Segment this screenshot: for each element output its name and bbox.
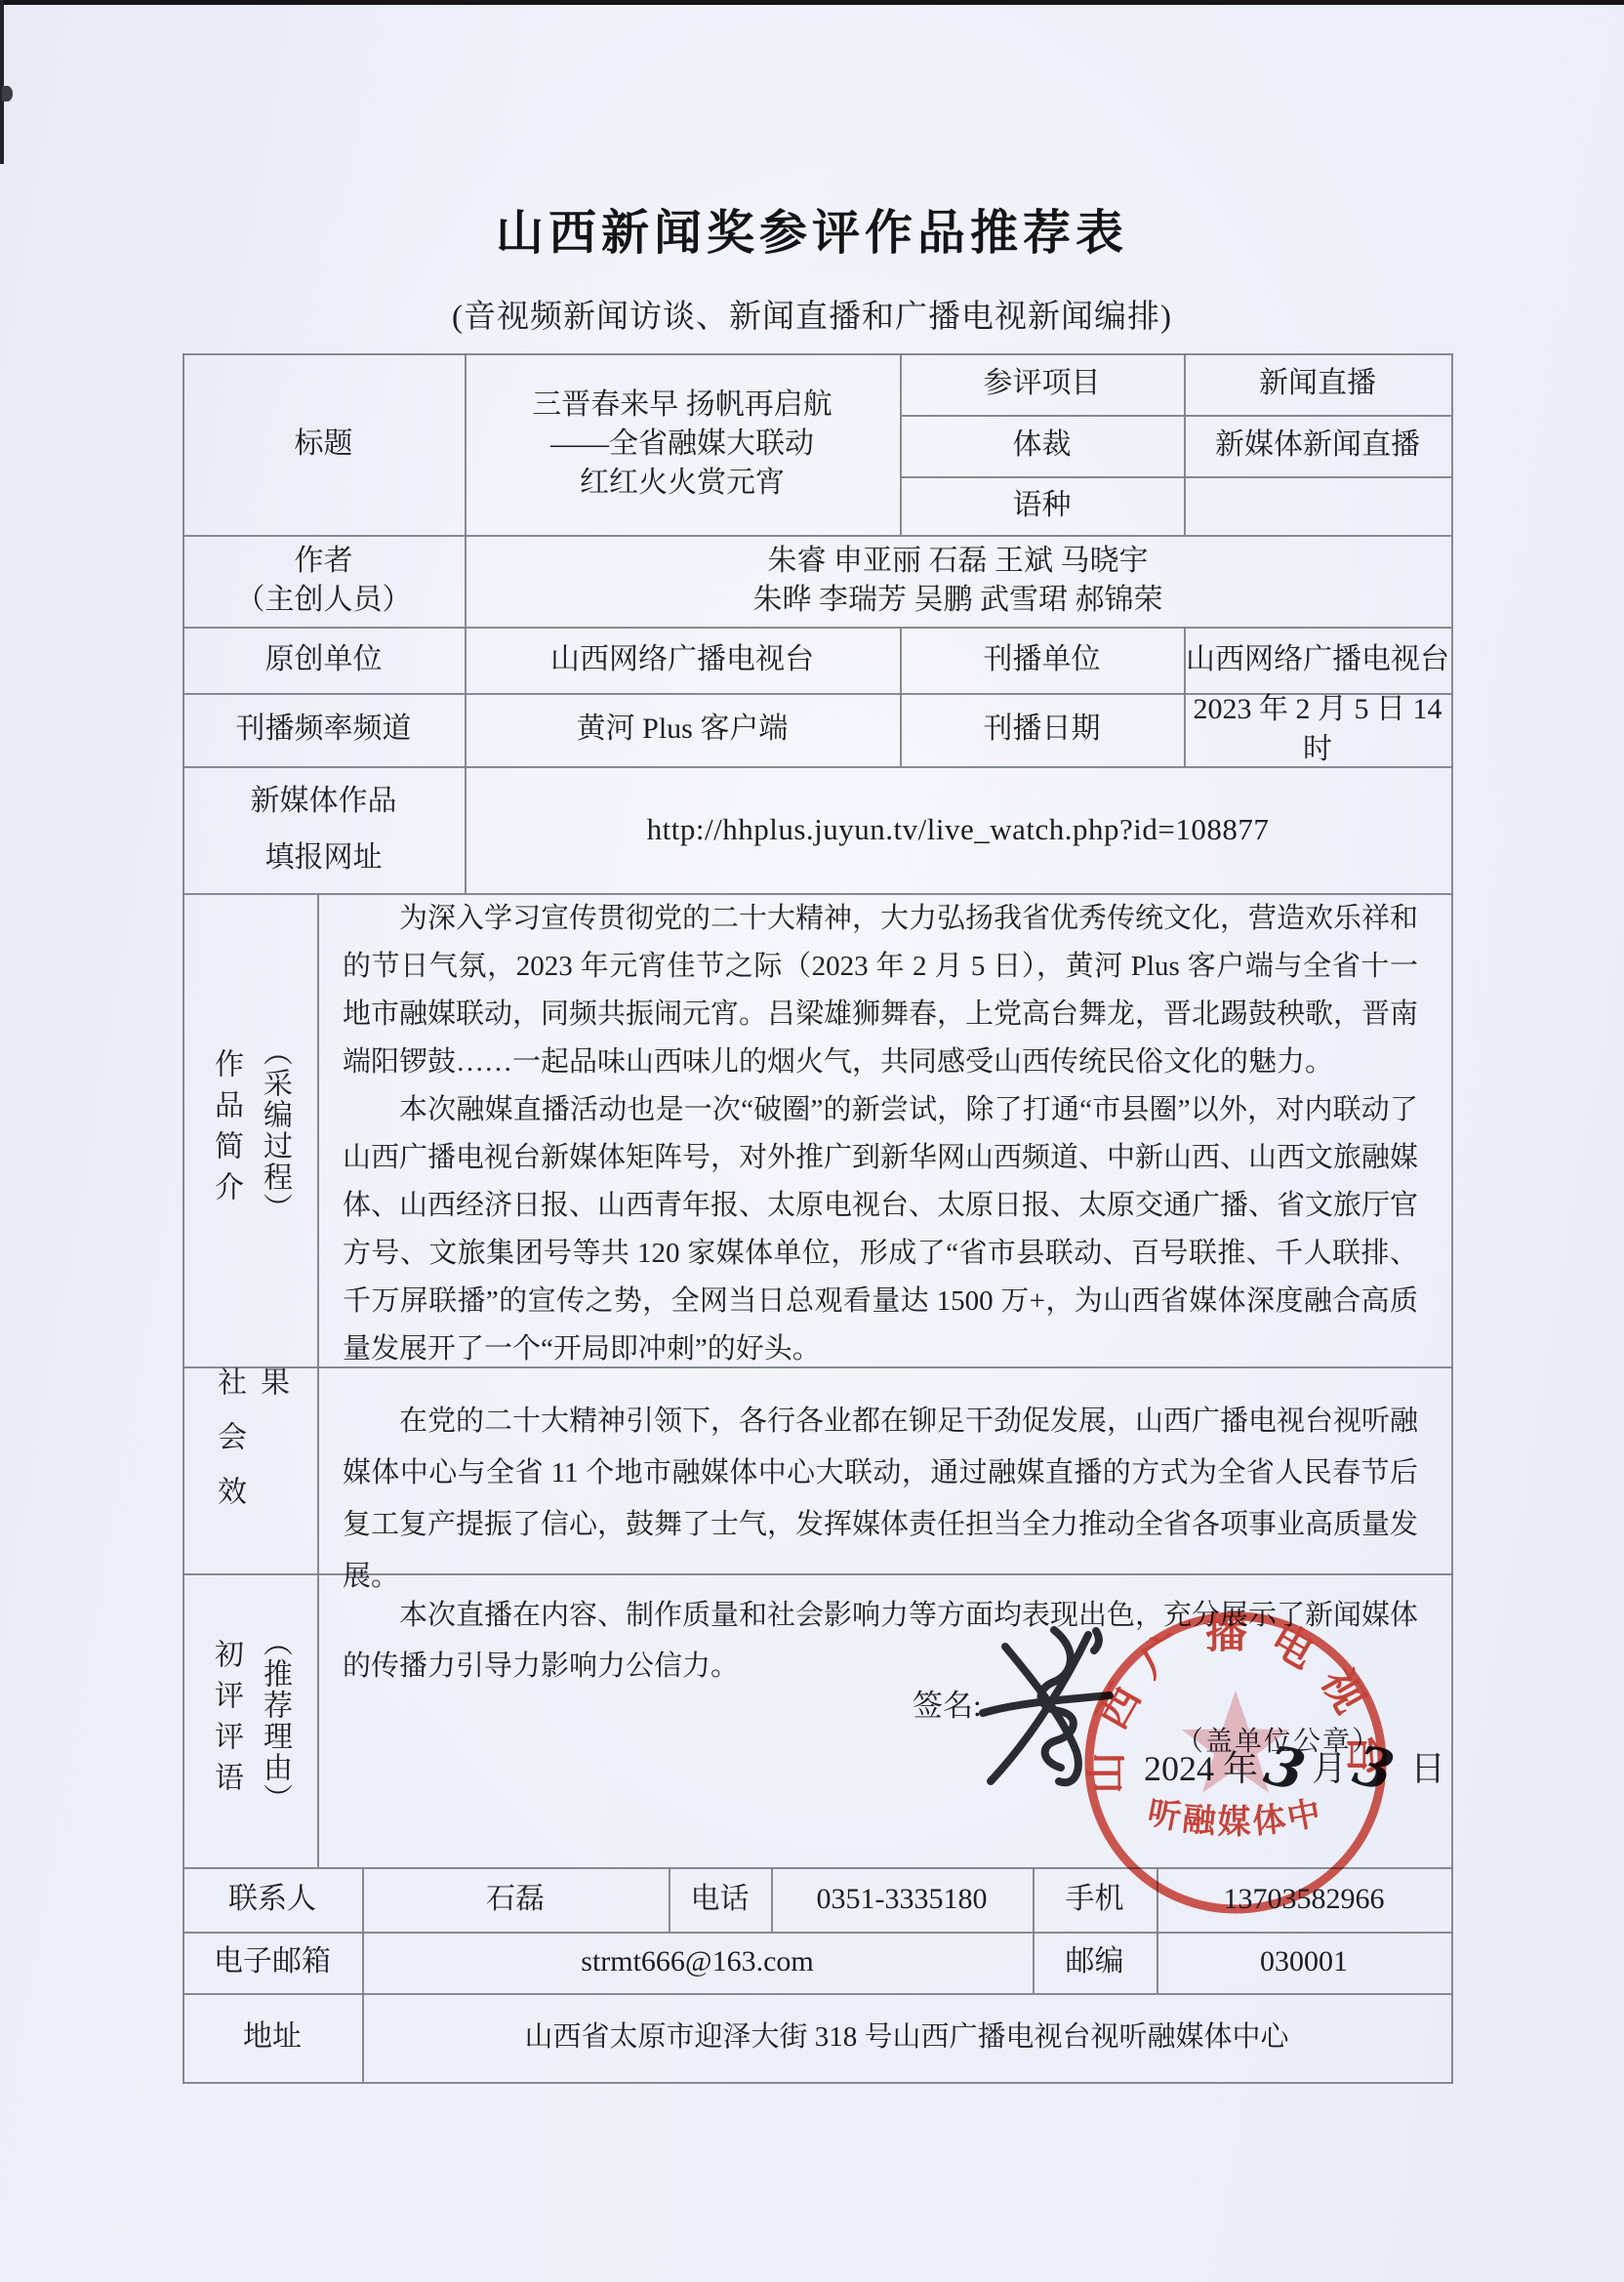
authors-line-1: 朱睿 申亚丽 石磊 王斌 马晓宇 — [768, 542, 1149, 581]
field-value-channel: 黄河 Plus 客户端 — [465, 693, 900, 766]
review-label-paren: （推荐理由） — [253, 1627, 296, 1814]
intro-paragraph-1: 为深入学习宣传贯彻党的二十大精神，大力弘扬我省优秀传统文化，营造欢乐祥和的节日气… — [343, 895, 1418, 1086]
field-label-language: 语种 — [900, 476, 1184, 535]
title-line-2: ——全省融媒大联动 — [550, 425, 814, 464]
authors-label-line-2: （主创人员） — [236, 581, 412, 620]
field-label-channel: 刊播频率频道 — [183, 693, 465, 766]
field-label-url: 新媒体作品 填报网址 — [183, 766, 465, 893]
field-label-address: 地址 — [183, 1993, 362, 2082]
page-subtitle: (音视频新闻访谈、新闻直播和广播电视新闻编排) — [0, 297, 1624, 338]
table-grid-line-vertical — [1451, 353, 1453, 2084]
field-label-publish-unit: 刊播单位 — [900, 627, 1184, 693]
social-label: 社会效果 — [207, 1366, 293, 1573]
section-label-review: 初评评语 （推荐理由） — [183, 1573, 317, 1867]
field-label-authors: 作者 （主创人员） — [183, 535, 465, 627]
title-line-1: 三晋春来早 扬帆再启航 — [532, 386, 832, 425]
section-label-social: 社会效果 — [183, 1366, 317, 1573]
field-value-mobile: 13703582966 — [1157, 1867, 1451, 1932]
field-value-publish-date: 2023 年 2 月 5 日 14 时 — [1184, 693, 1451, 766]
field-label-zip: 邮编 — [1033, 1932, 1157, 1993]
scan-edge-top — [0, 0, 1624, 5]
url-label-line-2: 填报网址 — [265, 830, 383, 886]
field-label-genre: 体裁 — [900, 415, 1184, 476]
authors-label-line-1: 作者 — [295, 542, 353, 581]
field-label-mobile: 手机 — [1033, 1867, 1157, 1932]
field-value-authors: 朱睿 申亚丽 石磊 王斌 马晓宇 朱晔 李瑞芳 吴鹏 武雪珺 郝锦荣 — [465, 535, 1451, 627]
scanned-form-page: 山西新闻奖参评作品推荐表 (音视频新闻访谈、新闻直播和广播电视新闻编排) 标题 … — [0, 0, 1624, 2282]
seal-star-icon — [1182, 1691, 1289, 1793]
field-value-url: http://hhplus.juyun.tv/live_watch.php?id… — [465, 766, 1451, 893]
authors-line-2: 朱晔 李瑞芳 吴鹏 武雪珺 郝锦荣 — [753, 581, 1163, 620]
section-body-social: 在党的二十大精神引领下，各行各业都在铆足干劲促发展，山西广播电视台视听融媒体中心… — [317, 1366, 1451, 1573]
field-value-entry-category: 新闻直播 — [1184, 353, 1451, 415]
field-label-phone: 电话 — [669, 1867, 771, 1932]
date-day-label: 日 — [1410, 1741, 1445, 1791]
field-label-title: 标题 — [183, 353, 465, 535]
field-value-title: 三晋春来早 扬帆再启航 ——全省融媒大联动 红红火火赏元宵 — [465, 353, 900, 535]
field-label-email: 电子邮箱 — [183, 1932, 362, 1993]
page-title: 山西新闻奖参评作品推荐表 — [0, 207, 1624, 260]
field-value-publish-unit: 山西网络广播电视台 — [1184, 627, 1451, 693]
field-value-language — [1184, 476, 1451, 535]
field-label-contact: 联系人 — [183, 1867, 362, 1932]
intro-label-main: 作品简介 — [204, 1048, 247, 1212]
field-value-zip: 030001 — [1157, 1932, 1451, 1993]
table-grid-line-horizontal — [183, 2082, 1453, 2084]
intro-label-paren: （采编过程） — [253, 1037, 296, 1224]
url-label-line-1: 新媒体作品 — [251, 773, 397, 830]
field-value-address: 山西省太原市迎泽大街 318 号山西广播电视台视听融媒体中心 — [362, 1993, 1451, 2082]
field-value-contact: 石磊 — [362, 1867, 669, 1932]
scan-edge-nick — [2, 86, 13, 102]
title-line-3: 红红火火赏元宵 — [580, 464, 785, 503]
field-label-entry-category: 参评项目 — [900, 353, 1184, 415]
field-label-publish-date: 刊播日期 — [900, 693, 1184, 766]
intro-paragraph-2: 本次融媒直播活动也是一次“破圈”的新尝试，除了打通“市县圈”以外，对内联动了山西… — [343, 1086, 1418, 1373]
field-value-genre: 新媒体新闻直播 — [1184, 415, 1451, 476]
section-label-intro: 作品简介 （采编过程） — [183, 893, 317, 1366]
review-label-main: 初评评语 — [204, 1639, 247, 1803]
field-label-origin-unit: 原创单位 — [183, 627, 465, 693]
section-body-intro: 为深入学习宣传贯彻党的二十大精神，大力弘扬我省优秀传统文化，营造欢乐祥和的节日气… — [317, 893, 1451, 1366]
field-value-email: strmt666@163.com — [362, 1932, 1033, 1993]
scan-edge-left — [0, 0, 4, 164]
field-value-origin-unit: 山西网络广播电视台 — [465, 627, 900, 693]
field-value-phone: 0351-3335180 — [771, 1867, 1033, 1932]
social-paragraph: 在党的二十大精神引领下，各行各业都在铆足干劲促发展，山西广播电视台视听融媒体中心… — [343, 1396, 1418, 1603]
